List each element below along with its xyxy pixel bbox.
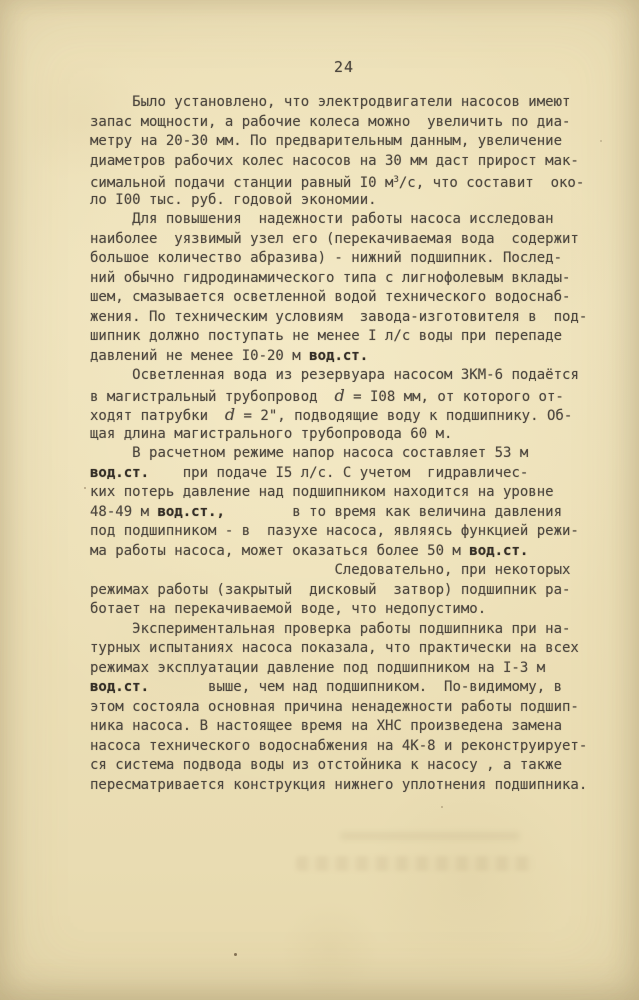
text-segment: Следовательно, при некоторых: [334, 562, 570, 578]
text-line: В расчетном режиме напор насоса составля…: [90, 444, 600, 464]
text-segment-bold: вод.ст.: [309, 348, 368, 364]
text-line: режимах работы (закрытый дисковый затвор…: [90, 581, 600, 601]
text-segment: большое количество абразива) - нижний по…: [90, 250, 562, 266]
text-segment: ботает на перекачиваемой воде, что недоп…: [90, 601, 486, 617]
text-segment: диаметров рабочих колес насосов на 30 мм…: [90, 153, 579, 169]
scanned-document-page: 24 Было установлено, что электродвигател…: [0, 0, 639, 1000]
page-number: 24: [334, 58, 354, 76]
text-segment: режимах эксплуатации давление под подшип…: [90, 660, 545, 676]
text-segment: в магистральный трубопровод: [90, 389, 334, 405]
paper-speck: [600, 140, 602, 142]
text-line: шипник должно поступать не менее I л/с в…: [90, 327, 600, 347]
text-line: турных испытаниях насоса показала, что п…: [90, 639, 600, 659]
text-segment: Осветленная вода из резервуара насосом З…: [132, 367, 579, 383]
paper-speck: [84, 487, 86, 489]
text-segment: ходят патрубки: [90, 408, 225, 424]
text-segment: 48-49 м: [90, 504, 157, 520]
text-line: Следовательно, при некоторых: [90, 561, 600, 581]
text-segment: насоса технического водоснабжения на 4К-…: [90, 738, 587, 754]
text-segment: ких потерь давление над подшипником нахо…: [90, 484, 554, 500]
text-segment: Для повышения надежности работы насоса и…: [132, 211, 553, 227]
text-line: жения. По техническим условиям завода-из…: [90, 308, 600, 328]
text-line: Осветленная вода из резервуара насосом З…: [90, 366, 600, 386]
text-line: щая длина магистрального трубопровода 60…: [90, 425, 600, 445]
text-segment: жения. По техническим условиям завода-из…: [90, 309, 587, 325]
text-line: наиболее уязвимый узел его (перекачиваем…: [90, 230, 600, 250]
text-line: Для повышения надежности работы насоса и…: [90, 210, 600, 230]
text-line: под подшипником - в пазухе насоса, являя…: [90, 522, 600, 542]
text-segment: /с, что составит око-: [399, 175, 584, 191]
paper-speck: [234, 953, 237, 956]
text-line: ника насоса. В настоящее время на ХНС пр…: [90, 717, 600, 737]
text-line: ся система подвода воды из отстойника к …: [90, 756, 600, 776]
text-segment: = I08 мм, от которого от-: [345, 389, 564, 405]
text-segment: выше, чем над подшипником. По-видимому, …: [149, 679, 562, 695]
text-segment-italic: d: [225, 405, 235, 424]
text-line: симальной подачи станции равный I0 м3/с,…: [90, 171, 600, 191]
paper-speck: [441, 806, 443, 808]
text-segment: метру на 20-30 мм. По предварительным да…: [90, 133, 562, 149]
text-segment: запас мощности, а рабочие колеса можно у…: [90, 114, 570, 130]
text-line: Экспериментальная проверка работы подшип…: [90, 620, 600, 640]
text-segment: ника насоса. В настоящее время на ХНС пр…: [90, 718, 562, 734]
text-segment-italic: d: [334, 386, 344, 405]
text-segment: = 2", подводящие воду к подшипнику. Об-: [235, 408, 572, 424]
text-segment: ний обычно гидродинамического типа с лиг…: [90, 270, 570, 286]
text-segment: давлений не менее I0-20 м: [90, 348, 309, 364]
text-segment-bold: вод.ст.: [90, 679, 149, 695]
text-segment: этом состояла основная причина ненадежно…: [90, 699, 579, 715]
text-segment-bold: вод.ст.,: [157, 504, 224, 520]
text-segment: симальной подачи станции равный I0 м: [90, 175, 393, 191]
text-segment: В расчетном режиме напор насоса составля…: [132, 445, 528, 461]
text-segment: наиболее уязвимый узел его (перекачиваем…: [90, 231, 579, 247]
text-line: давлений не менее I0-20 м вод.ст.: [90, 347, 600, 367]
ink-bleedthrough-smudge: [340, 832, 520, 840]
text-segment: шипник должно поступать не менее I л/с в…: [90, 328, 562, 344]
text-segment: под подшипником - в пазухе насоса, являя…: [90, 523, 579, 539]
text-segment: ся система подвода воды из отстойника к …: [90, 757, 562, 773]
text-line: шем, смазывается осветленной водой техни…: [90, 288, 600, 308]
text-line: режимах эксплуатации давление под подшип…: [90, 659, 600, 679]
text-line: ботает на перекачиваемой воде, что недоп…: [90, 600, 600, 620]
text-segment: Экспериментальная проверка работы подшип…: [132, 621, 570, 637]
text-line: ких потерь давление над подшипником нахо…: [90, 483, 600, 503]
text-line: вод.ст. выше, чем над подшипником. По-ви…: [90, 678, 600, 698]
text-segment: ло I00 тыс. руб. годовой экономии.: [90, 192, 377, 208]
text-line: большое количество абразива) - нижний по…: [90, 249, 600, 269]
text-line: диаметров рабочих колес насосов на 30 мм…: [90, 152, 600, 172]
text-line: насоса технического водоснабжения на 4К-…: [90, 737, 600, 757]
text-line: метру на 20-30 мм. По предварительным да…: [90, 132, 600, 152]
text-segment: в то время как величина давления: [225, 504, 562, 520]
text-segment: щая длина магистрального трубопровода 60…: [90, 426, 452, 442]
typewritten-text-block: Было установлено, что электродвигатели н…: [90, 93, 600, 795]
text-segment: пересматривается конструкция нижнего упл…: [90, 777, 587, 793]
text-segment-bold: вод.ст.: [469, 543, 528, 559]
text-line: запас мощности, а рабочие колеса можно у…: [90, 113, 600, 133]
text-segment: турных испытаниях насоса показала, что п…: [90, 640, 579, 656]
text-segment: при подаче I5 л/с. С учетом гидравличес-: [149, 465, 528, 481]
text-line: ний обычно гидродинамического типа с лиг…: [90, 269, 600, 289]
text-segment: режимах работы (закрытый дисковый затвор…: [90, 582, 570, 598]
text-segment: ма работы насоса, может оказаться более …: [90, 543, 469, 559]
text-line: 48-49 м вод.ст., в то время как величина…: [90, 503, 600, 523]
text-line: ло I00 тыс. руб. годовой экономии.: [90, 191, 600, 211]
text-segment: Было установлено, что электродвигатели н…: [132, 94, 570, 110]
text-segment: шем, смазывается осветленной водой техни…: [90, 289, 570, 305]
ink-bleedthrough-smudge: [296, 856, 534, 871]
text-line: вод.ст. при подаче I5 л/с. С учетом гидр…: [90, 464, 600, 484]
text-line: этом состояла основная причина ненадежно…: [90, 698, 600, 718]
text-line: ходят патрубки d = 2", подводящие воду к…: [90, 405, 600, 425]
text-line: в магистральный трубопровод d = I08 мм, …: [90, 386, 600, 406]
text-segment-bold: вод.ст.: [90, 465, 149, 481]
text-line: ма работы насоса, может оказаться более …: [90, 542, 600, 562]
text-line: пересматривается конструкция нижнего упл…: [90, 776, 600, 796]
text-line: Было установлено, что электродвигатели н…: [90, 93, 600, 113]
